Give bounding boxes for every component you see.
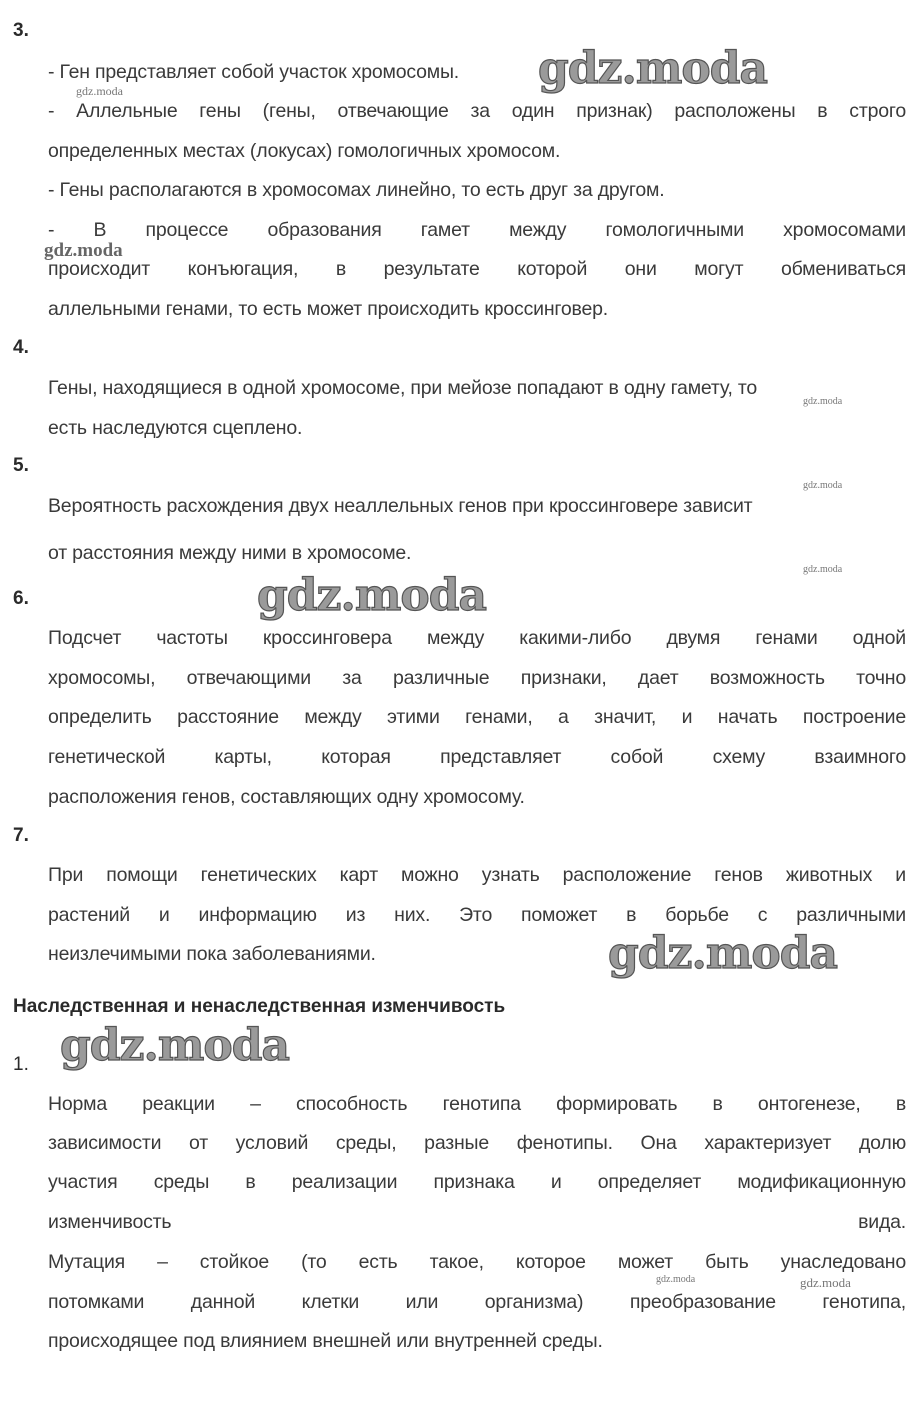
text-line: изменчивость вида.: [48, 1210, 906, 1234]
text-line: Вероятность расхождения двух неаллельных…: [48, 494, 906, 518]
watermark: gdz.moda: [803, 564, 842, 575]
text-line: происходящее под влиянием внешней или вн…: [48, 1329, 906, 1353]
text-line: определить расстояние между этими генами…: [48, 705, 906, 729]
watermark: gdz.moda: [803, 480, 842, 491]
watermark: gdz.moda: [803, 396, 842, 407]
watermark: gdz.moda: [257, 574, 486, 618]
watermark: gdz.moda: [608, 932, 837, 976]
item-number: 1.: [13, 1054, 29, 1076]
text-line: Мутация – стойкое (то есть такое, которо…: [48, 1250, 906, 1274]
text-line: зависимости от условий среды, разные фен…: [48, 1131, 906, 1155]
item-number: 6.: [13, 588, 29, 610]
text-line: При помощи генетических карт можно узнат…: [48, 863, 906, 887]
text-line: потомками данной клетки или организма) п…: [48, 1290, 906, 1314]
text-line: Гены, находящиеся в одной хромосоме, при…: [48, 376, 906, 400]
text-line: - Гены располагаются в хромосомах линейн…: [48, 178, 906, 202]
text-line: расположения генов, составляющих одну хр…: [48, 785, 906, 809]
watermark: gdz.moda: [44, 240, 123, 262]
item-number: 7.: [13, 825, 29, 847]
section-heading: Наследственная и ненаследственная изменч…: [13, 996, 505, 1018]
text-line: растений и информацию из них. Это поможе…: [48, 903, 906, 927]
item-number: 3.: [13, 20, 29, 42]
watermark: gdz.moda: [800, 1275, 851, 1291]
text-line: определенных местах (локусах) гомологичн…: [48, 139, 906, 163]
text-line: - В процессе образования гамет между гом…: [48, 218, 906, 242]
text-line: от расстояния между ними в хромосоме.: [48, 541, 906, 565]
watermark: gdz.moda: [76, 84, 123, 99]
item-number: 5.: [13, 455, 29, 477]
watermark: gdz.moda: [656, 1274, 695, 1285]
text-line: хромосомы, отвечающими за различные приз…: [48, 666, 906, 690]
text-line: Норма реакции – способность генотипа фор…: [48, 1092, 906, 1116]
watermark: gdz.moda: [60, 1024, 289, 1068]
text-line: участия среды в реализации признака и оп…: [48, 1170, 906, 1194]
text-line: происходит конъюгация, в результате кото…: [48, 257, 906, 281]
text-line: есть наследуются сцеплено.: [48, 416, 906, 440]
text-line: - Аллельные гены (гены, отвечающие за од…: [48, 99, 906, 123]
text-line: Подсчет частоты кроссинговера между каки…: [48, 626, 906, 650]
watermark: gdz.moda: [538, 47, 767, 91]
item-number: 4.: [13, 337, 29, 359]
text-line: генетической карты, которая представляет…: [48, 745, 906, 769]
text-line: аллельными генами, то есть может происхо…: [48, 297, 906, 321]
text-line: - Ген представляет собой участок хромосо…: [48, 60, 906, 84]
